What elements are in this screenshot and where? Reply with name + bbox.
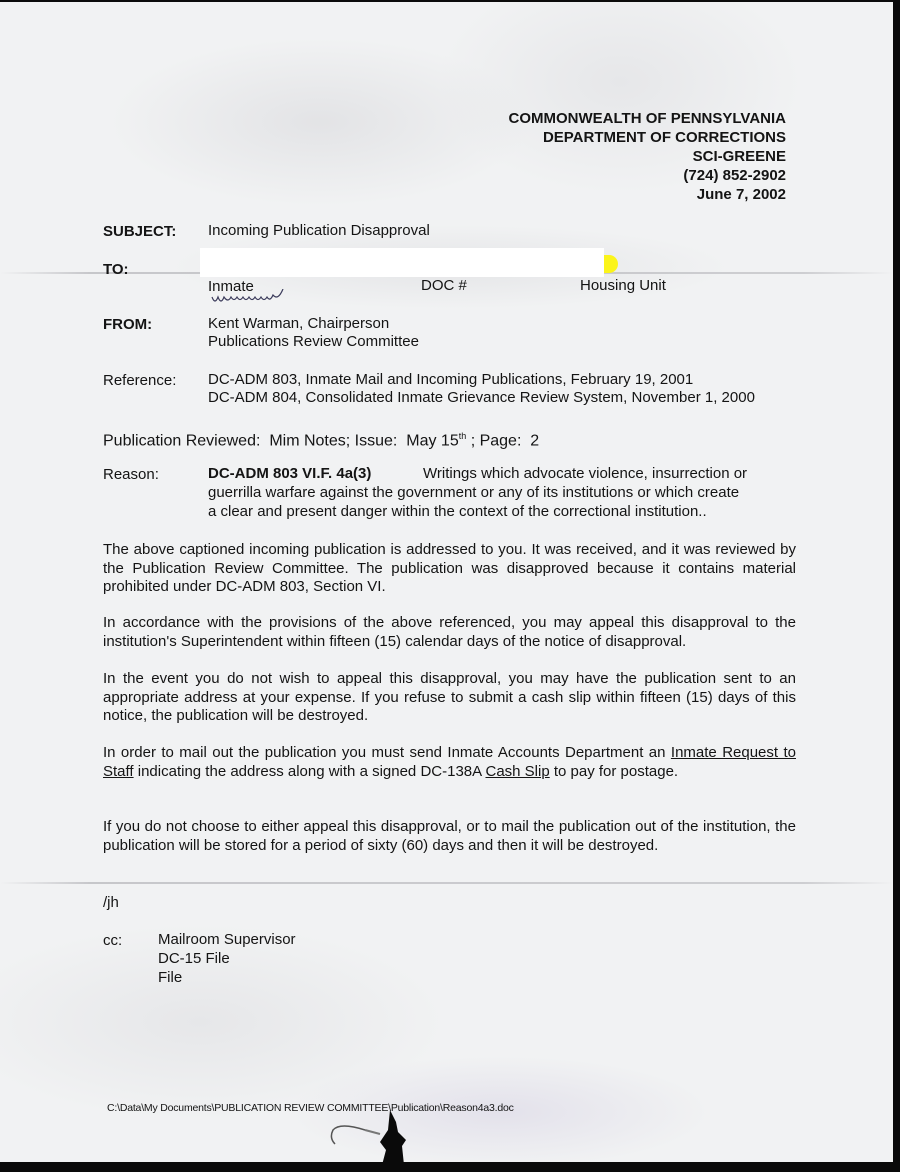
cc-item: File [158, 969, 182, 987]
subject-label: SUBJECT: [103, 223, 176, 241]
body-paragraph-received: The above captioned incoming publication… [103, 541, 796, 597]
scan-border-bottom [0, 1162, 900, 1172]
body-paragraph-storage: If you do not choose to either appeal th… [103, 818, 796, 855]
body-paragraph-expense: In the event you do not wish to appeal t… [103, 670, 796, 726]
scanned-letter-page: COMMONWEALTH OF PENNSYLVANIA DEPARTMENT … [0, 2, 893, 1162]
page-value: 2 [530, 432, 539, 449]
reference-item: DC-ADM 804, Consolidated Inmate Grievanc… [208, 389, 755, 407]
letterhead: COMMONWEALTH OF PENNSYLVANIA DEPARTMENT … [509, 109, 787, 204]
reason-text-line: Writings which advocate violence, insurr… [423, 465, 747, 483]
cc-item: Mailroom Supervisor [158, 931, 296, 949]
letterhead-institution: SCI-GREENE [509, 147, 787, 166]
body-paragraph-mail-out: In order to mail out the publication you… [103, 744, 796, 781]
cc-label: cc: [103, 932, 122, 950]
to-label: TO: [103, 261, 129, 279]
reference-item: DC-ADM 803, Inmate Mail and Incoming Pub… [208, 371, 693, 389]
paragraph-text: In order to mail out the publication you… [103, 744, 671, 761]
paragraph-text: to pay for postage. [550, 763, 678, 780]
redaction-block [200, 248, 604, 277]
handwritten-signature [210, 289, 320, 309]
reason-text-line: guerrilla warfare against the government… [208, 484, 739, 502]
scan-border-right [893, 0, 900, 1172]
publication-reviewed-label: Publication Reviewed: [103, 432, 260, 449]
letter-date: June 7, 2002 [509, 185, 787, 204]
issue-label: Issue: [355, 432, 398, 449]
file-path-footer: C:\Data\My Documents\PUBLICATION REVIEW … [107, 1102, 514, 1114]
highlighter-mark [604, 255, 618, 273]
letterhead-department: DEPARTMENT OF CORRECTIONS [509, 128, 787, 147]
cash-slip-form: Cash Slip [485, 763, 549, 780]
letterhead-phone: (724) 852-2902 [509, 166, 787, 185]
to-housing-unit-field: Housing Unit [580, 277, 666, 295]
from-name: Kent Warman, Chairperson [208, 315, 389, 333]
reason-code: DC-ADM 803 VI.F. 4a(3) [208, 465, 371, 483]
reason-text-line: a clear and present danger within the co… [208, 503, 707, 521]
body-paragraph-appeal: In accordance with the provisions of the… [103, 614, 796, 651]
cc-item: DC-15 File [158, 950, 230, 968]
paragraph-text: indicating the address along with a sign… [134, 763, 486, 780]
letterhead-commonwealth: COMMONWEALTH OF PENNSYLVANIA [509, 109, 787, 128]
issue-value: May 15 [406, 432, 458, 449]
from-label: FROM: [103, 316, 152, 334]
to-doc-number-field: DOC # [421, 277, 467, 295]
publication-title: Mim Notes; [269, 432, 350, 449]
publication-reviewed-line: Publication Reviewed: Mim Notes; Issue: … [103, 427, 539, 450]
reason-label: Reason: [103, 466, 159, 484]
issue-suffix: th [459, 431, 467, 441]
reference-label: Reference: [103, 372, 176, 390]
paper-tear-mark [376, 1110, 416, 1165]
paper-fold-line [0, 882, 893, 884]
page-label: ; Page: [471, 432, 522, 449]
typist-initials: /jh [103, 894, 119, 912]
subject-value: Incoming Publication Disapproval [208, 222, 430, 240]
from-committee: Publications Review Committee [208, 333, 419, 351]
